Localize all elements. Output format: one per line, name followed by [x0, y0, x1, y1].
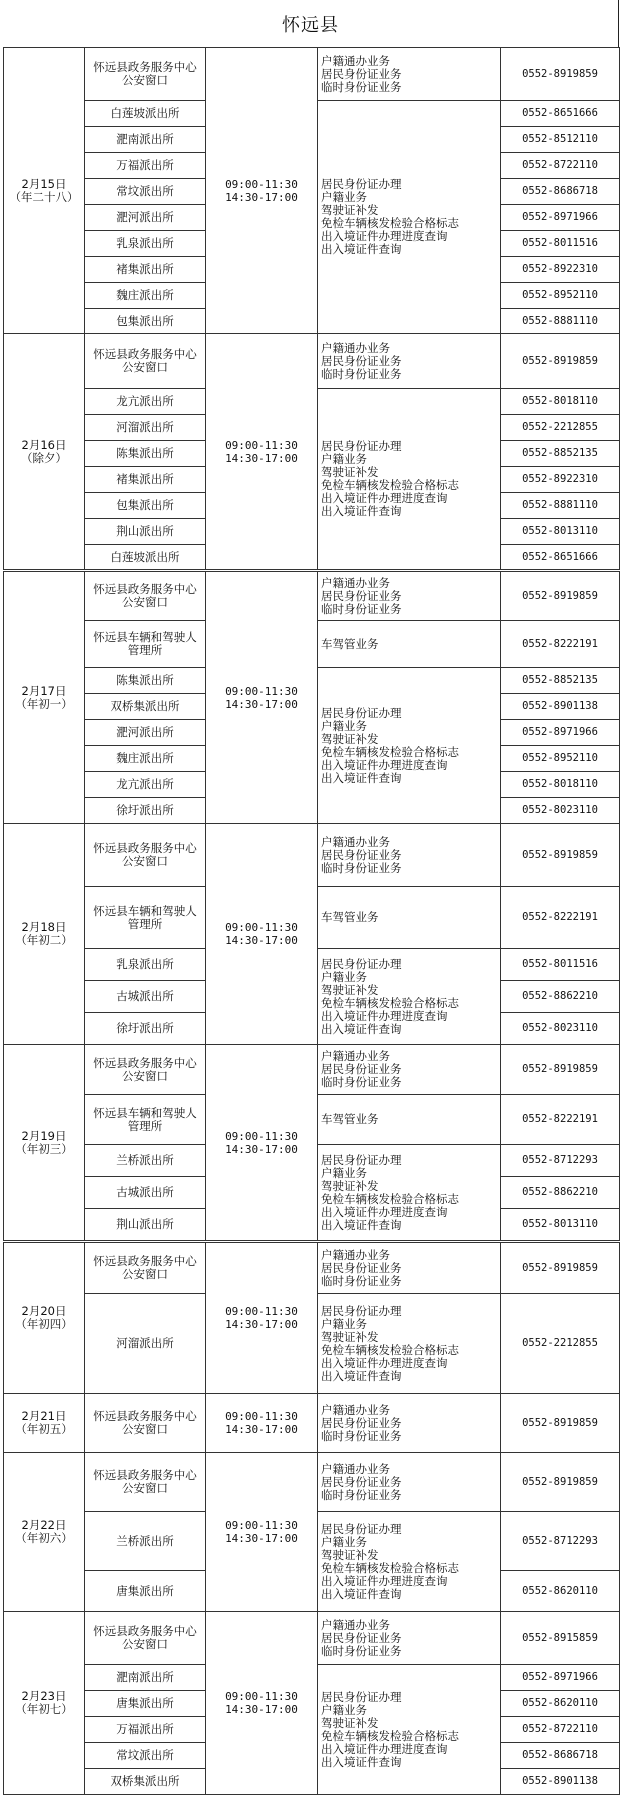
- station-cell: 万福派出所: [85, 153, 206, 179]
- phone-cell: 0552-8722110: [501, 153, 620, 179]
- phone-cell: 0552-8971966: [501, 720, 620, 746]
- office-hours-cell: 09:00-11:30 14:30-17:00: [206, 1612, 318, 1795]
- station-cell: 怀远县政务服务中心 公安窗口: [85, 1394, 206, 1453]
- business-cell: 户籍通办业务 居民身份证业务 临时身份证业务: [318, 1453, 501, 1512]
- business-cell: 车驾管业务: [318, 887, 501, 949]
- station-cell: 荆山派出所: [85, 1209, 206, 1242]
- business-cell: 户籍通办业务 居民身份证业务 临时身份证业务: [318, 1045, 501, 1095]
- table-row: 2月23日 （年初七）怀远县政务服务中心 公安窗口09:00-11:30 14:…: [4, 1612, 620, 1665]
- office-hours-cell: 09:00-11:30 14:30-17:00: [206, 1394, 318, 1453]
- business-cell: 户籍通办业务 居民身份证业务 临时身份证业务: [318, 1394, 501, 1453]
- holiday-schedule-table: 2月15日 （年二十八）怀远县政务服务中心 公安窗口09:00-11:30 14…: [3, 47, 620, 1795]
- business-cell: 居民身份证办理 户籍业务 驾驶证补发 免检车辆核发检验合格标志 出入境证件办理进…: [318, 1512, 501, 1612]
- phone-cell: 0552-8919859: [501, 1045, 620, 1095]
- phone-cell: 0552-8222191: [501, 1095, 620, 1145]
- station-cell: 魏庄派出所: [85, 746, 206, 772]
- phone-cell: 0552-8862210: [501, 981, 620, 1013]
- phone-cell: 0552-8651666: [501, 101, 620, 127]
- station-cell: 怀远县政务服务中心 公安窗口: [85, 1453, 206, 1512]
- station-cell: 河溜派出所: [85, 1294, 206, 1394]
- station-cell: 淝河派出所: [85, 720, 206, 746]
- business-cell: 居民身份证办理 户籍业务 驾驶证补发 免检车辆核发检验合格标志 出入境证件办理进…: [318, 101, 501, 334]
- phone-cell: 0552-8862210: [501, 1177, 620, 1209]
- page-title: 怀远县: [3, 0, 619, 47]
- business-cell: 户籍通办业务 居民身份证业务 临时身份证业务: [318, 334, 501, 389]
- station-cell: 包集派出所: [85, 493, 206, 519]
- date-cell: 2月23日 （年初七）: [4, 1612, 85, 1795]
- phone-cell: 0552-8222191: [501, 621, 620, 668]
- phone-cell: 0552-8922310: [501, 467, 620, 493]
- phone-cell: 0552-8023110: [501, 798, 620, 824]
- station-cell: 双桥集派出所: [85, 694, 206, 720]
- business-cell: 户籍通办业务 居民身份证业务 临时身份证业务: [318, 1612, 501, 1665]
- phone-cell: 0552-8901138: [501, 694, 620, 720]
- office-hours-cell: 09:00-11:30 14:30-17:00: [206, 48, 318, 334]
- station-cell: 怀远县政务服务中心 公安窗口: [85, 48, 206, 101]
- table-row: 2月20日 （年初四）怀远县政务服务中心 公安窗口09:00-11:30 14:…: [4, 1242, 620, 1294]
- business-cell: 户籍通办业务 居民身份证业务 临时身份证业务: [318, 571, 501, 621]
- station-cell: 古城派出所: [85, 981, 206, 1013]
- office-hours-cell: 09:00-11:30 14:30-17:00: [206, 1453, 318, 1612]
- phone-cell: 0552-8952110: [501, 283, 620, 309]
- date-cell: 2月18日 （年初二）: [4, 824, 85, 1045]
- phone-cell: 0552-8971966: [501, 1665, 620, 1691]
- phone-cell: 0552-8686718: [501, 1743, 620, 1769]
- phone-cell: 0552-8852135: [501, 441, 620, 467]
- station-cell: 怀远县政务服务中心 公安窗口: [85, 1612, 206, 1665]
- station-cell: 怀远县车辆和驾驶人 管理所: [85, 1095, 206, 1145]
- business-cell: 居民身份证办理 户籍业务 驾驶证补发 免检车辆核发检验合格标志 出入境证件办理进…: [318, 389, 501, 571]
- phone-cell: 0552-8919859: [501, 1453, 620, 1512]
- station-cell: 徐圩派出所: [85, 798, 206, 824]
- table-row: 2月15日 （年二十八）怀远县政务服务中心 公安窗口09:00-11:30 14…: [4, 48, 620, 101]
- table-row: 2月21日 （年初五）怀远县政务服务中心 公安窗口09:00-11:30 14:…: [4, 1394, 620, 1453]
- phone-cell: 0552-8712293: [501, 1512, 620, 1571]
- phone-cell: 0552-8686718: [501, 179, 620, 205]
- phone-cell: 0552-2212855: [501, 415, 620, 441]
- station-cell: 徐圩派出所: [85, 1013, 206, 1045]
- station-cell: 唐集派出所: [85, 1691, 206, 1717]
- business-cell: 户籍通办业务 居民身份证业务 临时身份证业务: [318, 1242, 501, 1294]
- table-row: 2月19日 （年初三）怀远县政务服务中心 公安窗口09:00-11:30 14:…: [4, 1045, 620, 1095]
- business-cell: 居民身份证办理 户籍业务 驾驶证补发 免检车辆核发检验合格标志 出入境证件办理进…: [318, 1665, 501, 1795]
- office-hours-cell: 09:00-11:30 14:30-17:00: [206, 334, 318, 571]
- station-cell: 淝南派出所: [85, 1665, 206, 1691]
- phone-cell: 0552-8919859: [501, 334, 620, 389]
- station-cell: 怀远县政务服务中心 公安窗口: [85, 1242, 206, 1294]
- station-cell: 古城派出所: [85, 1177, 206, 1209]
- office-hours-cell: 09:00-11:30 14:30-17:00: [206, 824, 318, 1045]
- station-cell: 怀远县政务服务中心 公安窗口: [85, 824, 206, 887]
- phone-cell: 0552-8712293: [501, 1145, 620, 1177]
- station-cell: 怀远县政务服务中心 公安窗口: [85, 571, 206, 621]
- phone-cell: 0552-8620110: [501, 1571, 620, 1612]
- phone-cell: 0552-8013110: [501, 1209, 620, 1242]
- station-cell: 兰桥派出所: [85, 1145, 206, 1177]
- station-cell: 怀远县政务服务中心 公安窗口: [85, 1045, 206, 1095]
- business-cell: 居民身份证办理 户籍业务 驾驶证补发 免检车辆核发检验合格标志 出入境证件办理进…: [318, 1145, 501, 1242]
- station-cell: 常坟派出所: [85, 1743, 206, 1769]
- date-cell: 2月20日 （年初四）: [4, 1242, 85, 1394]
- station-cell: 龙亢派出所: [85, 389, 206, 415]
- station-cell: 白莲坡派出所: [85, 545, 206, 571]
- station-cell: 包集派出所: [85, 309, 206, 334]
- business-cell: 车驾管业务: [318, 621, 501, 668]
- office-hours-cell: 09:00-11:30 14:30-17:00: [206, 571, 318, 824]
- station-cell: 乳泉派出所: [85, 949, 206, 981]
- phone-cell: 0552-8952110: [501, 746, 620, 772]
- station-cell: 褚集派出所: [85, 467, 206, 493]
- office-hours-cell: 09:00-11:30 14:30-17:00: [206, 1045, 318, 1242]
- station-cell: 怀远县政务服务中心 公安窗口: [85, 334, 206, 389]
- phone-cell: 0552-8881110: [501, 309, 620, 334]
- phone-cell: 0552-2212855: [501, 1294, 620, 1394]
- phone-cell: 0552-8919859: [501, 824, 620, 887]
- phone-cell: 0552-8722110: [501, 1717, 620, 1743]
- phone-cell: 0552-8222191: [501, 887, 620, 949]
- station-cell: 淝河派出所: [85, 205, 206, 231]
- phone-cell: 0552-8018110: [501, 389, 620, 415]
- phone-cell: 0552-8512110: [501, 127, 620, 153]
- station-cell: 白莲坡派出所: [85, 101, 206, 127]
- table-row: 2月22日 （年初六）怀远县政务服务中心 公安窗口09:00-11:30 14:…: [4, 1453, 620, 1512]
- station-cell: 双桥集派出所: [85, 1769, 206, 1795]
- station-cell: 陈集派出所: [85, 441, 206, 467]
- date-cell: 2月15日 （年二十八）: [4, 48, 85, 334]
- table-row: 2月18日 （年初二）怀远县政务服务中心 公安窗口09:00-11:30 14:…: [4, 824, 620, 887]
- phone-cell: 0552-8919859: [501, 571, 620, 621]
- station-cell: 唐集派出所: [85, 1571, 206, 1612]
- business-cell: 户籍通办业务 居民身份证业务 临时身份证业务: [318, 824, 501, 887]
- table-row: 2月17日 （年初一）怀远县政务服务中心 公安窗口09:00-11:30 14:…: [4, 571, 620, 621]
- phone-cell: 0552-8023110: [501, 1013, 620, 1045]
- phone-cell: 0552-8620110: [501, 1691, 620, 1717]
- date-cell: 2月21日 （年初五）: [4, 1394, 85, 1453]
- phone-cell: 0552-8922310: [501, 257, 620, 283]
- phone-cell: 0552-8018110: [501, 772, 620, 798]
- station-cell: 陈集派出所: [85, 668, 206, 694]
- phone-cell: 0552-8971966: [501, 205, 620, 231]
- date-cell: 2月17日 （年初一）: [4, 571, 85, 824]
- station-cell: 淝南派出所: [85, 127, 206, 153]
- phone-cell: 0552-8013110: [501, 519, 620, 545]
- business-cell: 车驾管业务: [318, 1095, 501, 1145]
- business-cell: 户籍通办业务 居民身份证业务 临时身份证业务: [318, 48, 501, 101]
- phone-cell: 0552-8915859: [501, 1612, 620, 1665]
- date-cell: 2月22日 （年初六）: [4, 1453, 85, 1612]
- phone-cell: 0552-8901138: [501, 1769, 620, 1795]
- phone-cell: 0552-8881110: [501, 493, 620, 519]
- phone-cell: 0552-8919859: [501, 48, 620, 101]
- date-cell: 2月16日 （除夕）: [4, 334, 85, 571]
- phone-cell: 0552-8919859: [501, 1394, 620, 1453]
- station-cell: 龙亢派出所: [85, 772, 206, 798]
- phone-cell: 0552-8011516: [501, 231, 620, 257]
- station-cell: 荆山派出所: [85, 519, 206, 545]
- phone-cell: 0552-8919859: [501, 1242, 620, 1294]
- phone-cell: 0552-8011516: [501, 949, 620, 981]
- station-cell: 常坟派出所: [85, 179, 206, 205]
- station-cell: 兰桥派出所: [85, 1512, 206, 1571]
- station-cell: 怀远县车辆和驾驶人 管理所: [85, 887, 206, 949]
- business-cell: 居民身份证办理 户籍业务 驾驶证补发 免检车辆核发检验合格标志 出入境证件办理进…: [318, 1294, 501, 1394]
- phone-cell: 0552-8852135: [501, 668, 620, 694]
- station-cell: 怀远县车辆和驾驶人 管理所: [85, 621, 206, 668]
- schedule-body: 2月15日 （年二十八）怀远县政务服务中心 公安窗口09:00-11:30 14…: [4, 48, 620, 1795]
- station-cell: 河溜派出所: [85, 415, 206, 441]
- station-cell: 褚集派出所: [85, 257, 206, 283]
- phone-cell: 0552-8651666: [501, 545, 620, 571]
- station-cell: 万福派出所: [85, 1717, 206, 1743]
- station-cell: 魏庄派出所: [85, 283, 206, 309]
- table-row: 2月16日 （除夕）怀远县政务服务中心 公安窗口09:00-11:30 14:3…: [4, 334, 620, 389]
- business-cell: 居民身份证办理 户籍业务 驾驶证补发 免检车辆核发检验合格标志 出入境证件办理进…: [318, 949, 501, 1045]
- business-cell: 居民身份证办理 户籍业务 驾驶证补发 免检车辆核发检验合格标志 出入境证件办理进…: [318, 668, 501, 824]
- date-cell: 2月19日 （年初三）: [4, 1045, 85, 1242]
- station-cell: 乳泉派出所: [85, 231, 206, 257]
- office-hours-cell: 09:00-11:30 14:30-17:00: [206, 1242, 318, 1394]
